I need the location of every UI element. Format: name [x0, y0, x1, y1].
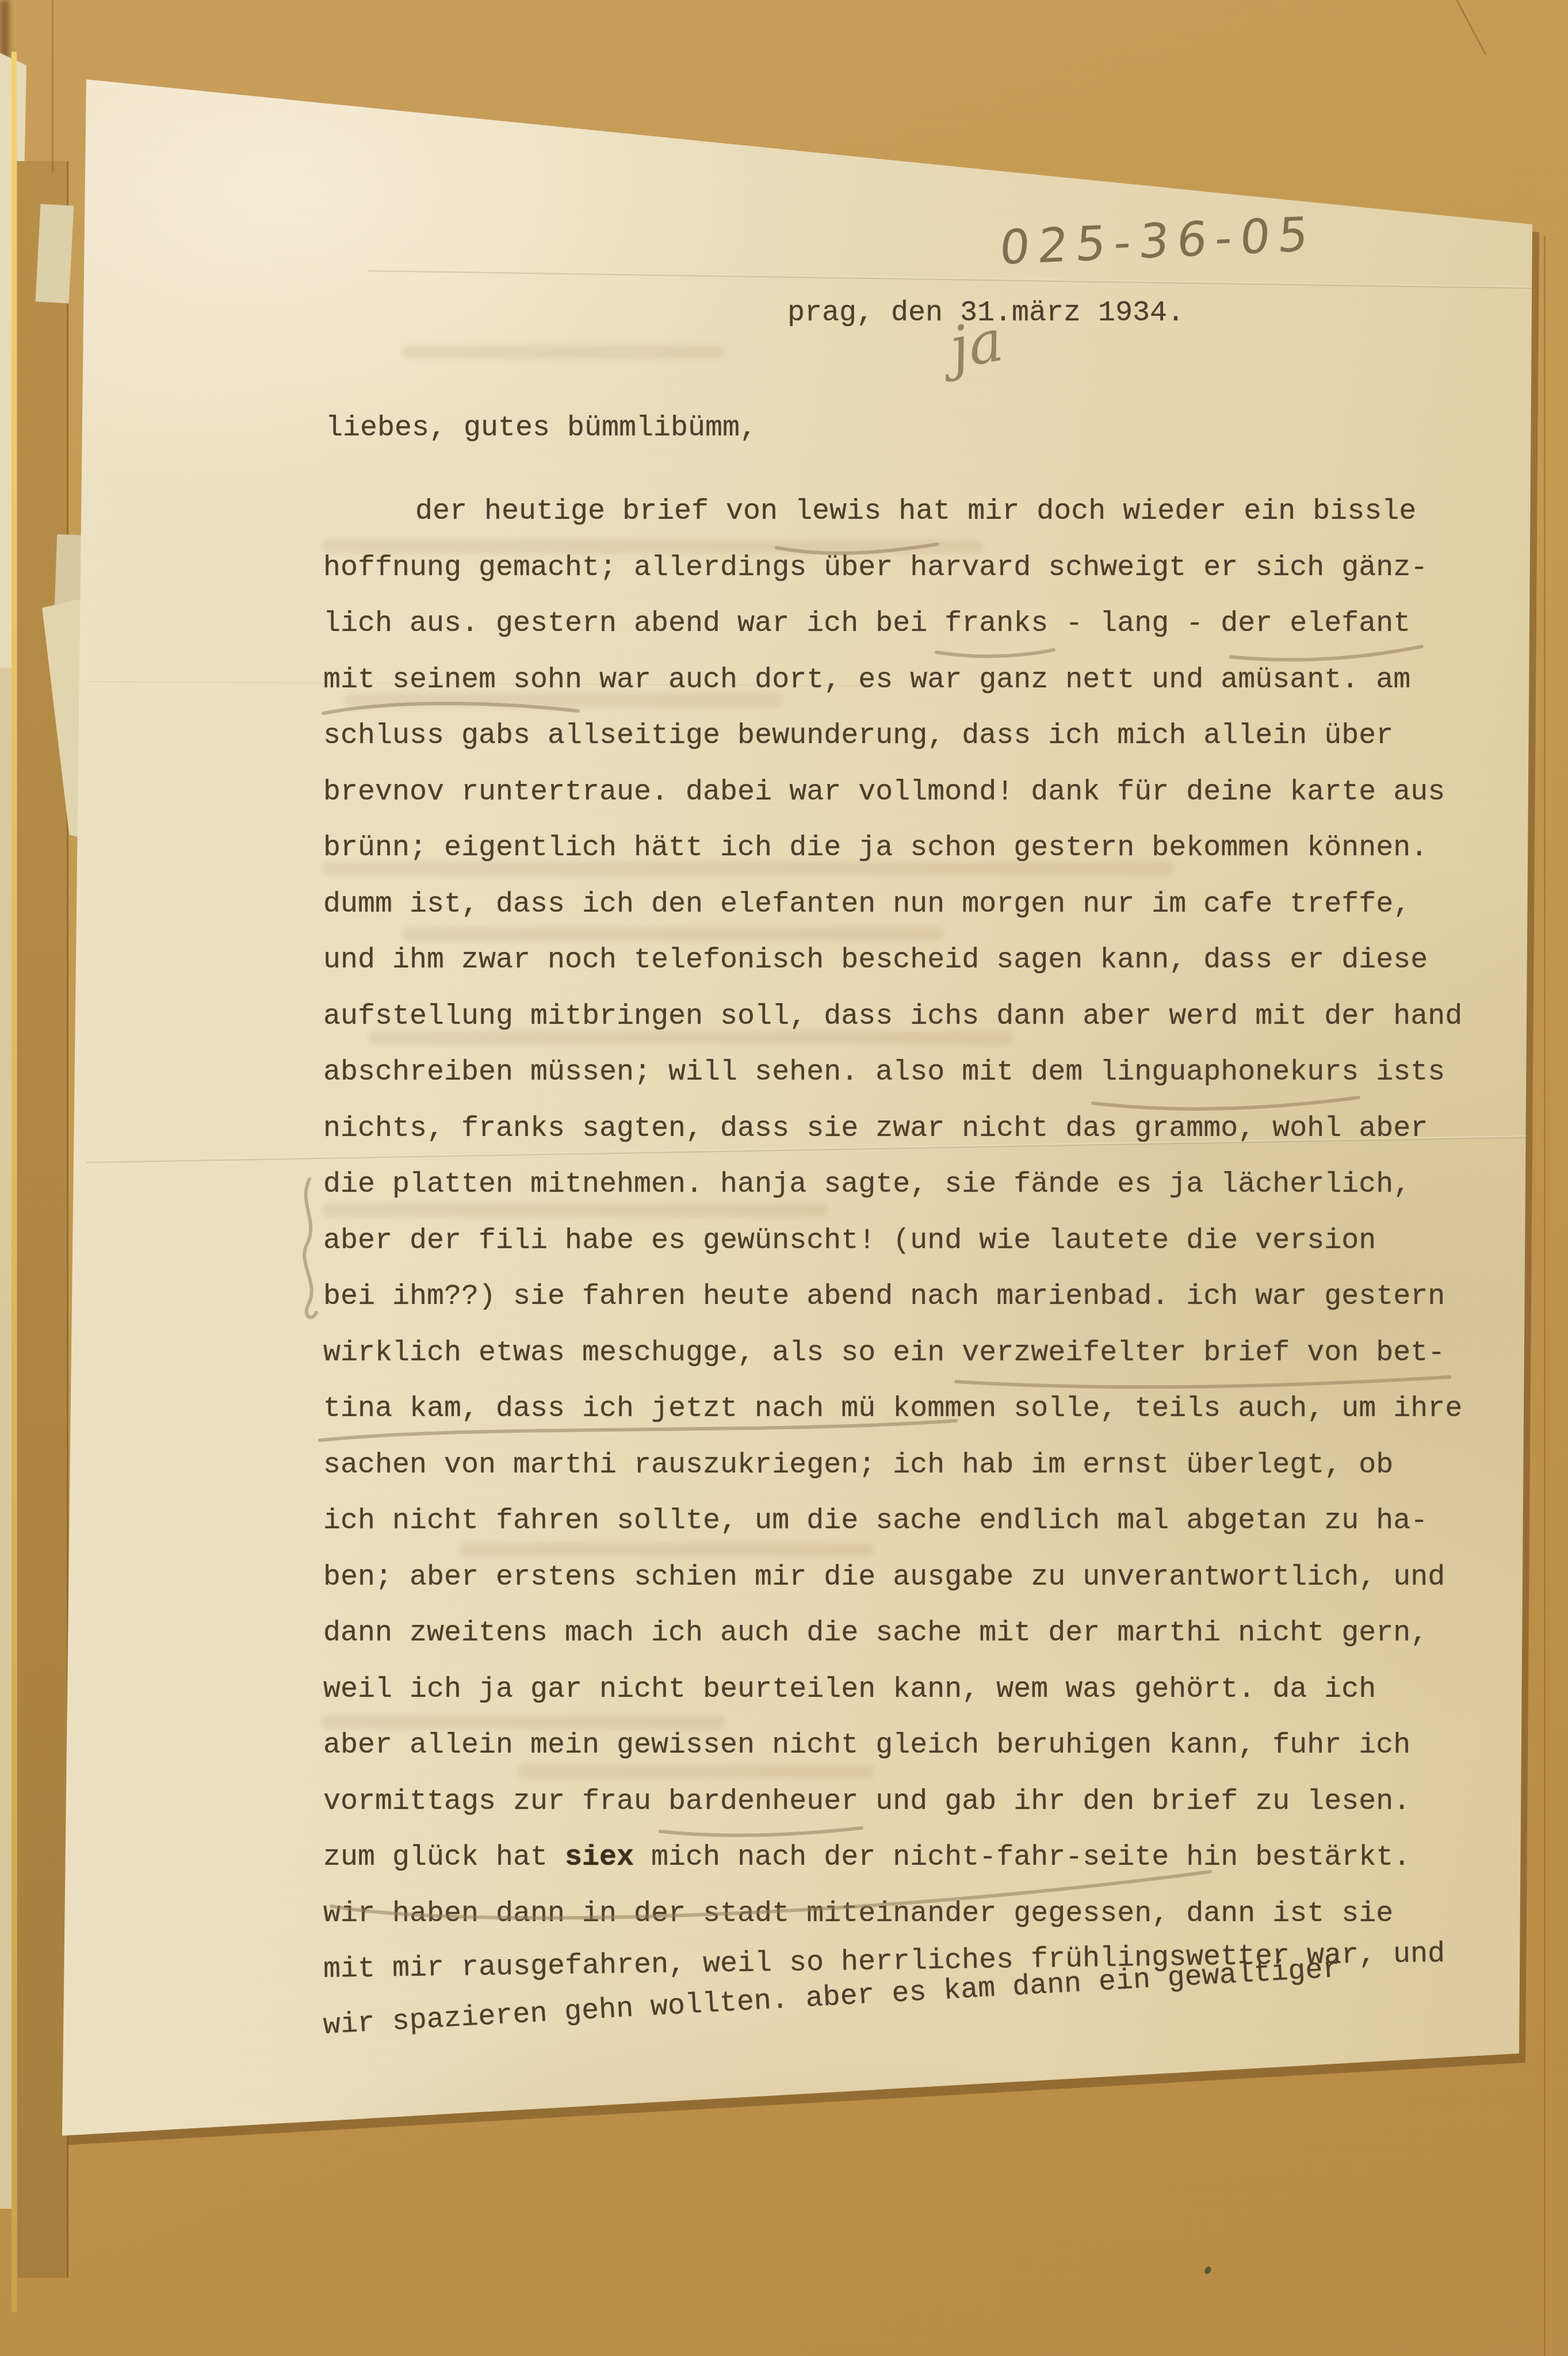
margin-wavy-line	[304, 1179, 316, 1317]
underline-mit-seinem	[323, 703, 578, 713]
underline-tina-kam	[320, 1421, 956, 1440]
underline-verzweifelter	[956, 1377, 1450, 1387]
pencil-marks	[0, 0, 1568, 2356]
underline-bardenheuer	[660, 1828, 862, 1835]
photo-of-letter: prag, den 31.märz 1934. liebes, gutes bü…	[0, 0, 1568, 2356]
swoosh-under-zum-glueck	[331, 1872, 1210, 1918]
underline-linguaphonekurs	[1093, 1097, 1359, 1109]
underline-franks	[936, 650, 1054, 656]
underline-elefant	[1231, 647, 1422, 660]
underline-lewis	[777, 544, 938, 553]
